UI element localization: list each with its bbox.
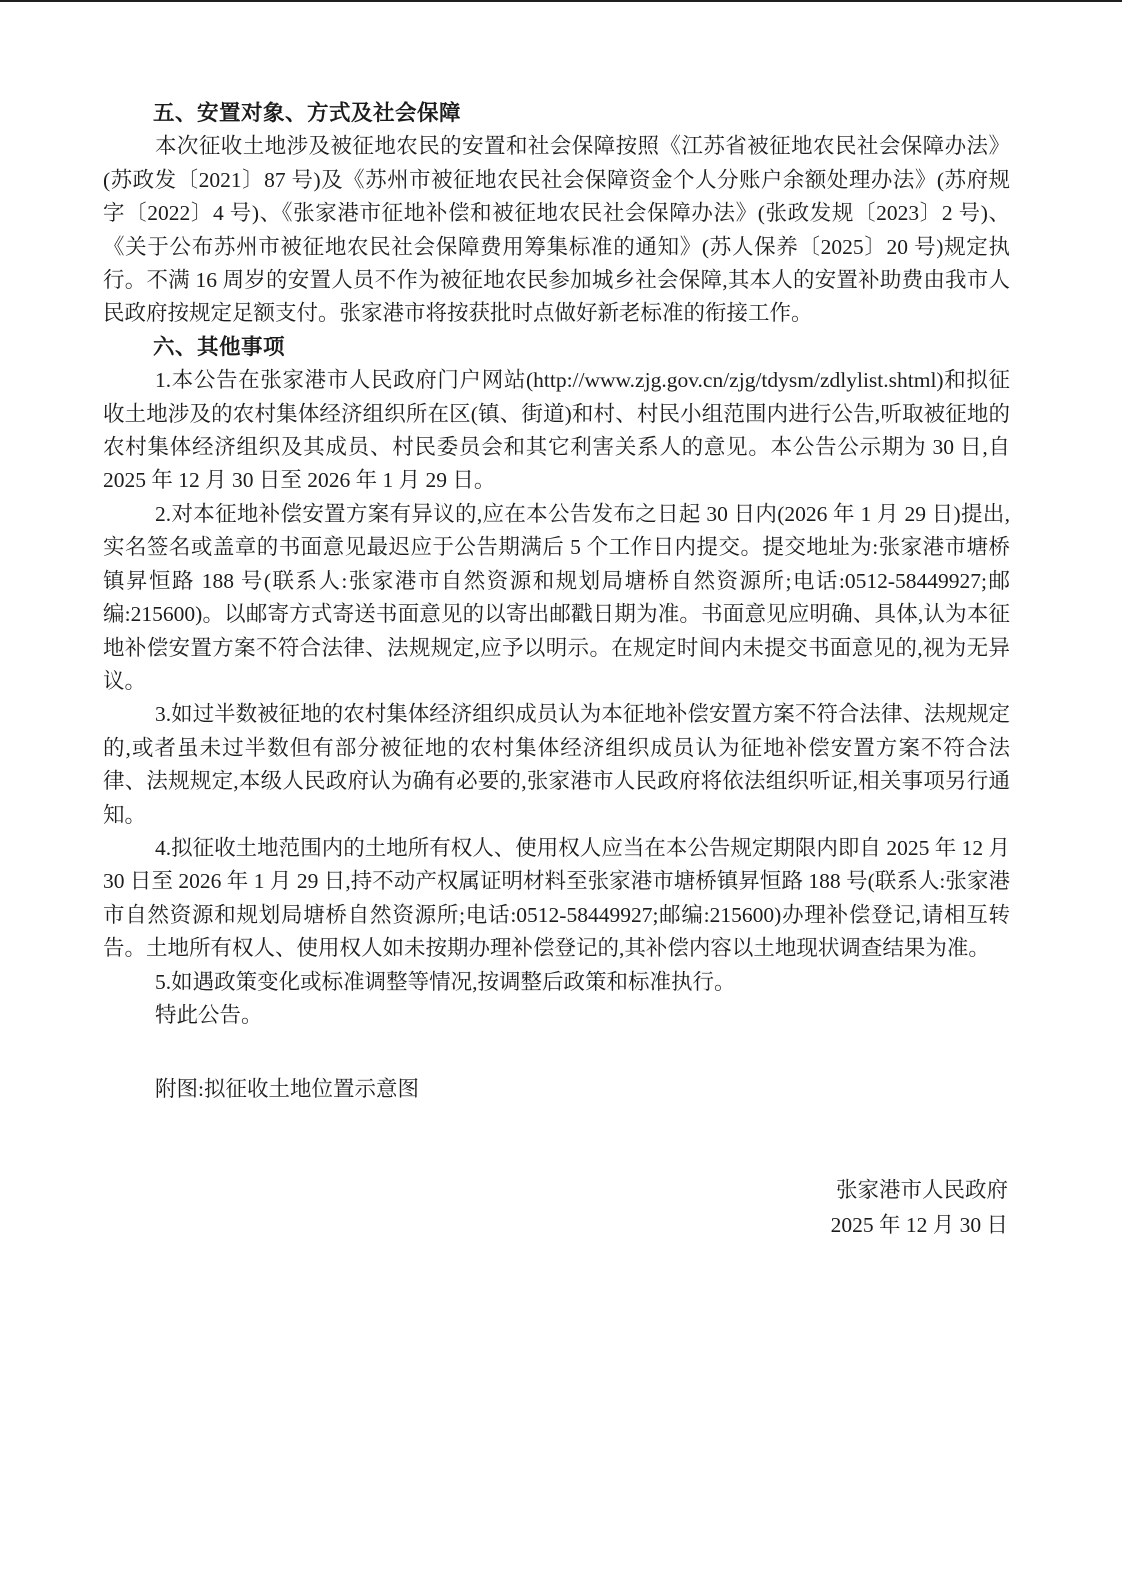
page-top-edge-line <box>0 0 1122 2</box>
attachment-note: 附图:拟征收土地位置示意图 <box>103 1073 1010 1106</box>
issue-date: 2025 年 12 月 30 日 <box>103 1208 1008 1243</box>
section-6-item-3: 3.如过半数被征地的农村集体经济组织成员认为本征地补偿安置方案不符合法律、法规规… <box>103 698 1010 832</box>
issuer-name: 张家港市人民政府 <box>103 1173 1008 1208</box>
section-6-item-1: 1.本公告在张家港市人民政府门户网站(http://www.zjg.gov.cn… <box>103 364 1010 498</box>
section-6-item-4: 4.拟征收土地范围内的土地所有权人、使用权人应当在本公告规定期限内即自 2025… <box>103 832 1010 966</box>
announcement-body: 五、安置对象、方式及社会保障 本次征收土地涉及被征地农民的安置和社会保障按照《江… <box>103 97 1010 1243</box>
announcement-page: 五、安置对象、方式及社会保障 本次征收土地涉及被征地农民的安置和社会保障按照《江… <box>0 0 1122 1587</box>
section-5-paragraph: 本次征收土地涉及被征地农民的安置和社会保障按照《江苏省被征地农民社会保障办法》(… <box>103 130 1010 330</box>
signature-block: 张家港市人民政府 2025 年 12 月 30 日 <box>103 1173 1010 1243</box>
section-5-heading: 五、安置对象、方式及社会保障 <box>103 97 1010 130</box>
section-6-item-2: 2.对本征地补偿安置方案有异议的,应在本公告发布之日起 30 日内(2026 年… <box>103 498 1010 698</box>
section-6-heading: 六、其他事项 <box>103 331 1010 364</box>
closing-statement: 特此公告。 <box>103 999 1010 1032</box>
section-6-item-5: 5.如遇政策变化或标准调整等情况,按调整后政策和标准执行。 <box>103 966 1010 999</box>
